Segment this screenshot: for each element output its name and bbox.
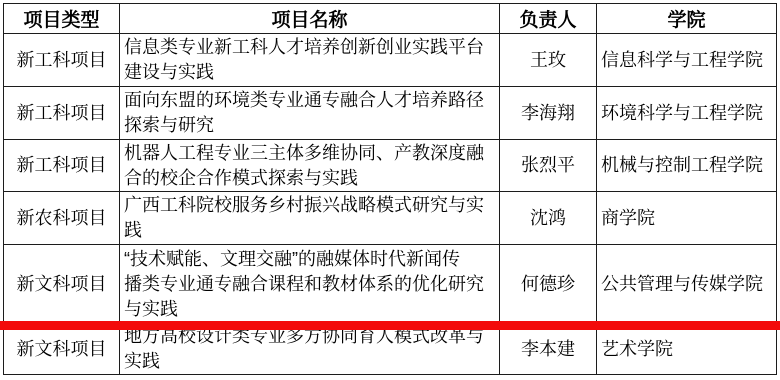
cell-project-type: 新文科项目: [4, 245, 120, 324]
header-project-name: 项目名称: [120, 4, 500, 34]
table-row: 新文科项目 地方高校设计类专业多方协同育人模式改革与 实践 李本建 艺术学院: [4, 324, 777, 375]
table-header-row: 项目类型 项目名称 负责人 学院: [4, 4, 777, 34]
header-college: 学院: [597, 4, 777, 34]
cell-college: 商学院: [597, 192, 777, 245]
cell-project-name: 信息类专业新工科人才培养创新创业实践平台 建设与实践: [120, 34, 500, 87]
cell-college: 公共管理与传媒学院: [597, 245, 777, 324]
cell-leader: 李海翔: [500, 87, 597, 140]
table-row: 新工科项目 面向东盟的环境类专业通专融合人才培养路径 探索与研究 李海翔 环境科…: [4, 87, 777, 140]
cell-project-name: 面向东盟的环境类专业通专融合人才培养路径 探索与研究: [120, 87, 500, 140]
cell-project-type: 新农科项目: [4, 192, 120, 245]
cell-leader: 张烈平: [500, 140, 597, 192]
document-page: 项目类型 项目名称 负责人 学院 新工科项目 信息类专业新工科人才培养创新创业实…: [0, 0, 780, 380]
table-row: 新文科项目 “技术赋能、文理交融”的融媒体时代新闻传 播类专业通专融合课程和教材…: [4, 245, 777, 324]
cell-leader: 沈鸿: [500, 192, 597, 245]
cell-college: 艺术学院: [597, 324, 777, 375]
cell-project-name: “技术赋能、文理交融”的融媒体时代新闻传 播类专业通专融合课程和教材体系的优化研…: [120, 245, 500, 324]
table-row: 新工科项目 信息类专业新工科人才培养创新创业实践平台 建设与实践 王玫 信息科学…: [4, 34, 777, 87]
cell-college: 环境科学与工程学院: [597, 87, 777, 140]
header-leader: 负责人: [500, 4, 597, 34]
cell-project-type: 新工科项目: [4, 87, 120, 140]
cell-project-type: 新工科项目: [4, 140, 120, 192]
table-row: 新农科项目 广西工科院校服务乡村振兴战略模式研究与实 践 沈鸿 商学院: [4, 192, 777, 245]
projects-table: 项目类型 项目名称 负责人 学院 新工科项目 信息类专业新工科人才培养创新创业实…: [3, 3, 777, 375]
cell-leader: 王玫: [500, 34, 597, 87]
cell-project-name: 机器人工程专业三主体多维协同、产教深度融 合的校企合作模式探索与实践: [120, 140, 500, 192]
cell-project-name: 广西工科院校服务乡村振兴战略模式研究与实 践: [120, 192, 500, 245]
table-row: 新工科项目 机器人工程专业三主体多维协同、产教深度融 合的校企合作模式探索与实践…: [4, 140, 777, 192]
cell-college: 机械与控制工程学院: [597, 140, 777, 192]
cell-leader: 李本建: [500, 324, 597, 375]
cell-project-type: 新工科项目: [4, 34, 120, 87]
cell-college: 信息科学与工程学院: [597, 34, 777, 87]
header-project-type: 项目类型: [4, 4, 120, 34]
cell-leader: 何德珍: [500, 245, 597, 324]
cell-project-type: 新文科项目: [4, 324, 120, 375]
cell-project-name: 地方高校设计类专业多方协同育人模式改革与 实践: [120, 324, 500, 375]
red-highlight-line: [0, 321, 780, 330]
